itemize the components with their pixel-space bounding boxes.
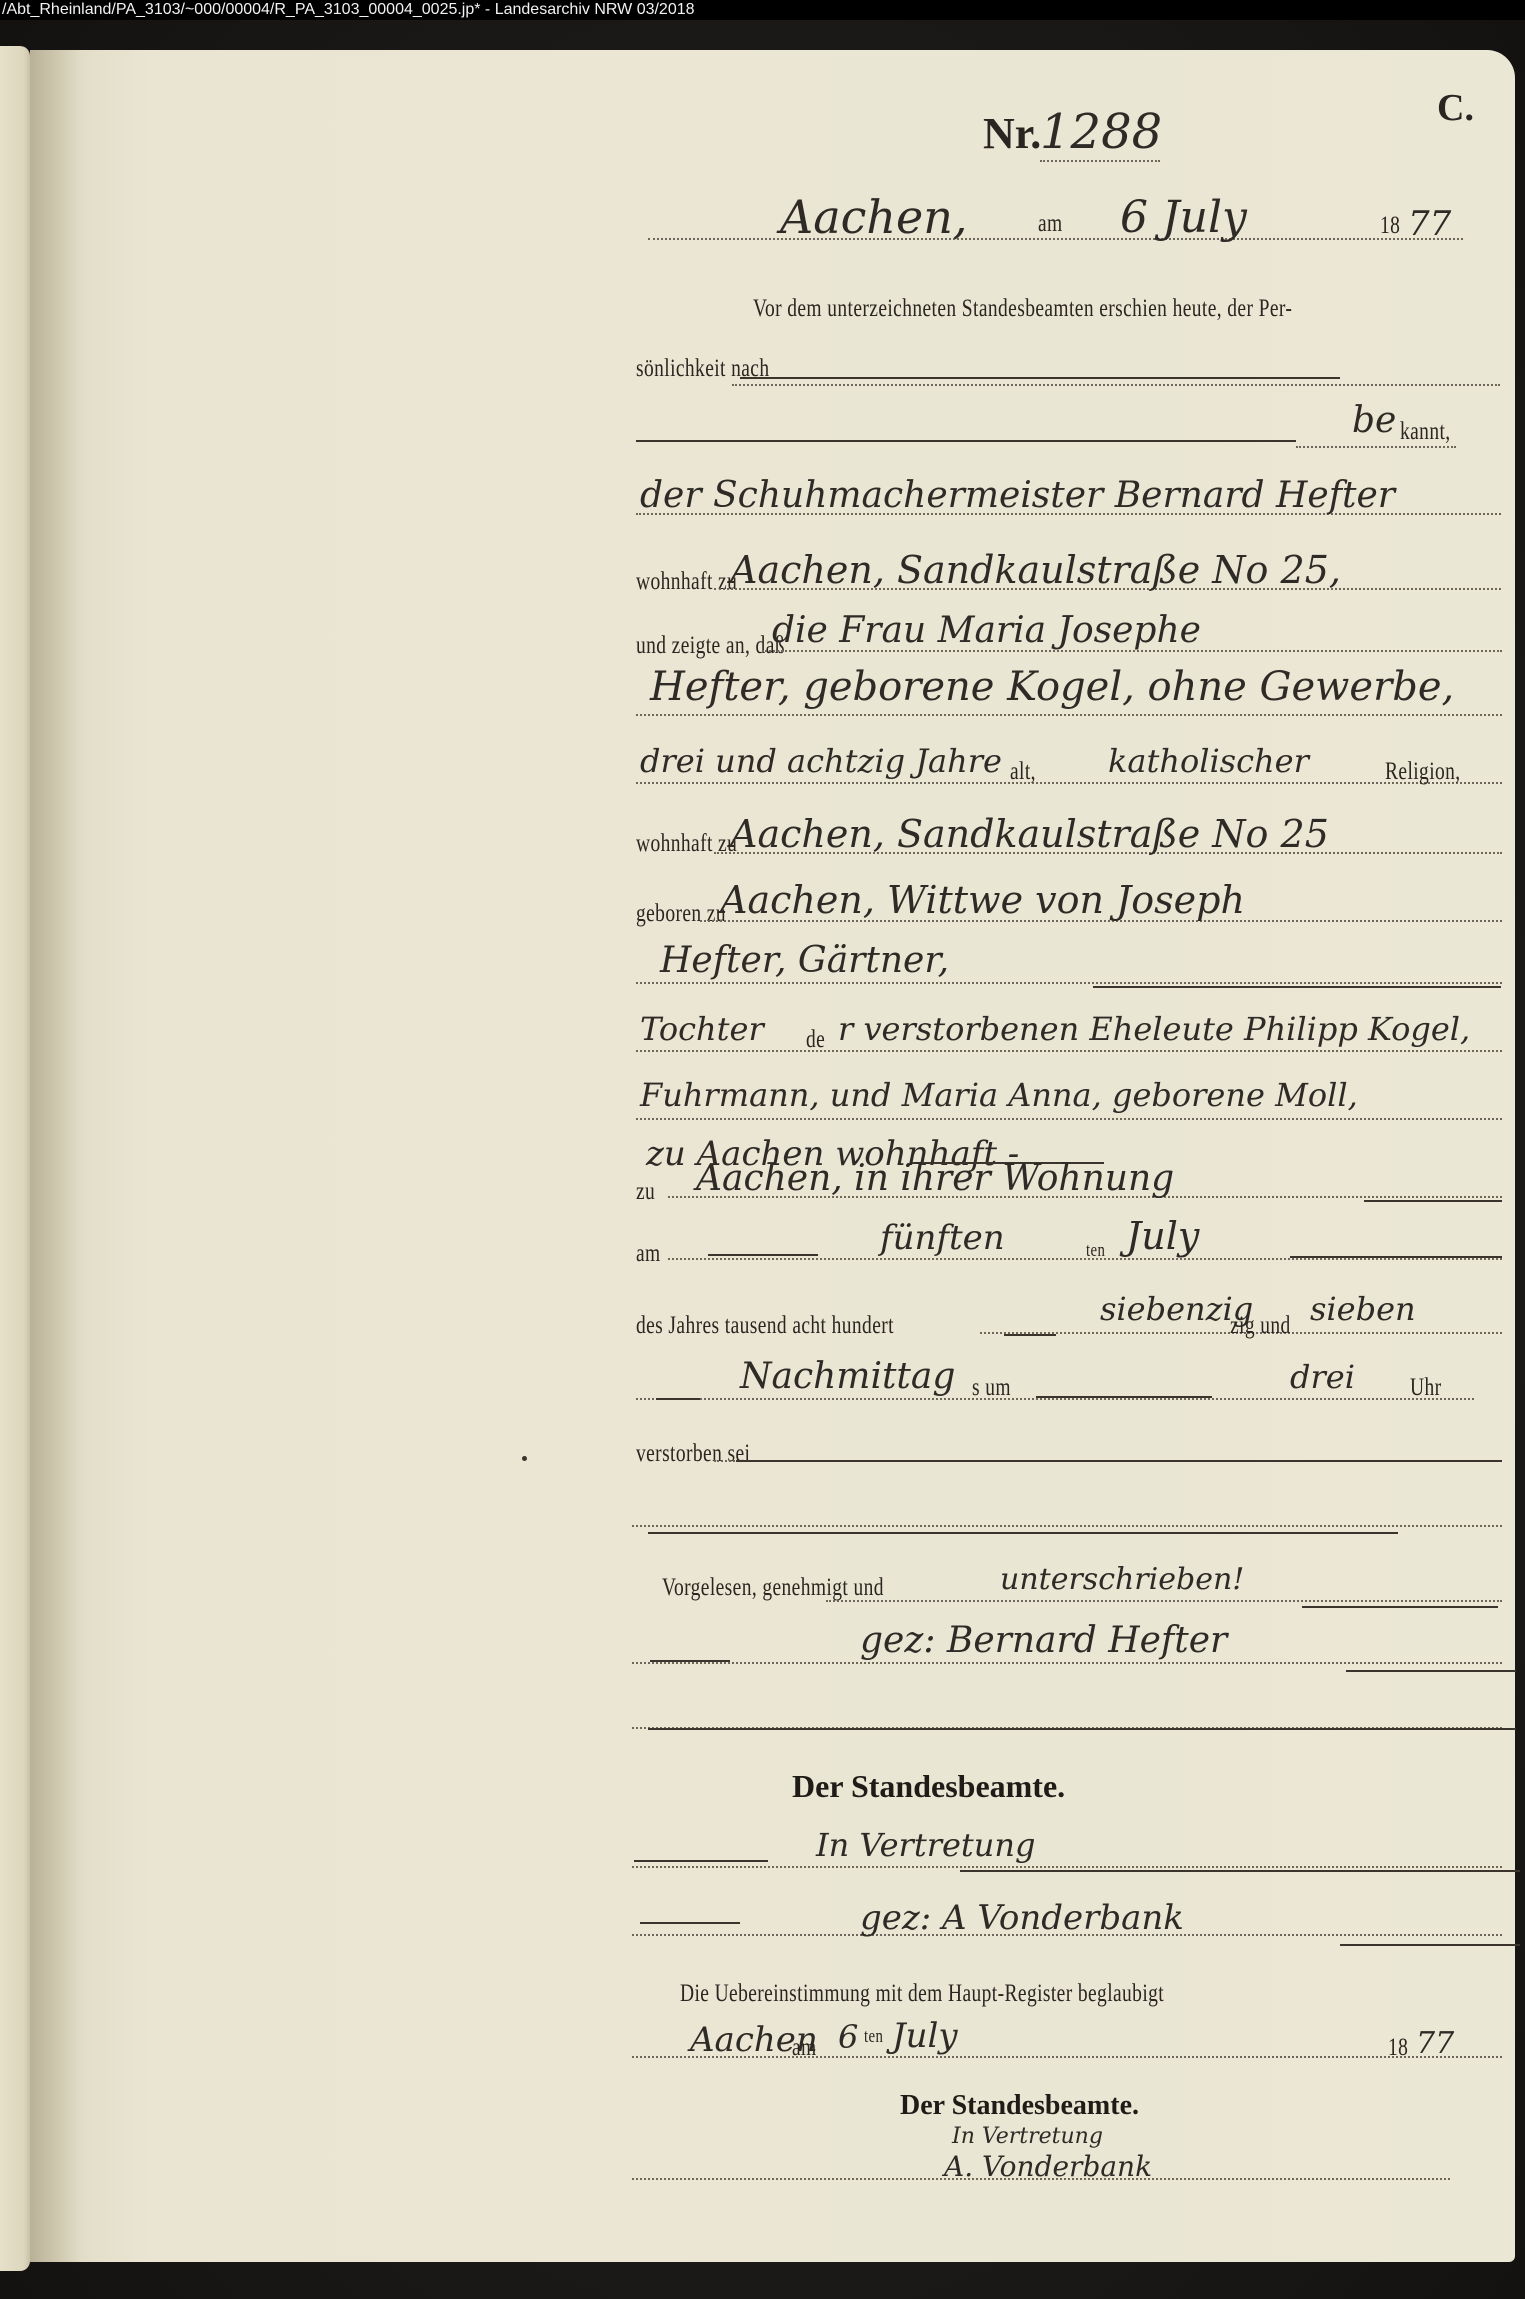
blank-rule xyxy=(648,1728,1516,1730)
born-place: Aachen, Wittwe von Joseph xyxy=(720,878,1245,922)
cert-registrar-heading: Der Standesbeamte. xyxy=(900,2090,1139,2122)
record-place: Aachen, xyxy=(780,190,968,244)
residence-label: wohnhaft zu xyxy=(636,568,737,596)
parents-hand1: Tochter xyxy=(640,1010,764,1048)
ten-label: ten xyxy=(1086,1240,1105,1262)
number-dotted-line xyxy=(1040,160,1160,162)
cert-am-label: am xyxy=(792,2034,817,2062)
deceased-line1: die Frau Maria Josephe xyxy=(772,610,1201,651)
death-record-form: C. Nr. 1288 Aachen, am 6 July 18 77 Vor … xyxy=(0,0,1525,2299)
record-number: 1288 xyxy=(1040,104,1162,160)
death-day-label: am xyxy=(636,1240,661,1268)
declared-label: und zeigte an, daß xyxy=(636,632,785,660)
blank-rule xyxy=(1036,1396,1212,1398)
death-place: Aachen, in ihrer Wohnung xyxy=(696,1158,1174,1199)
cert-month: July xyxy=(892,2016,958,2056)
cert-year-hand: 77 xyxy=(1416,2026,1454,2061)
uhr-label: Uhr xyxy=(1410,1374,1442,1402)
year-words-zig: zig und xyxy=(1230,1312,1291,1340)
dotted-line xyxy=(632,1662,1502,1664)
am-label: am xyxy=(1038,210,1063,238)
death-place-label: zu xyxy=(636,1178,655,1206)
blank-rule xyxy=(640,1922,740,1924)
cert-signature: A. Vonderbank xyxy=(944,2150,1152,2183)
blank-rule xyxy=(1302,1606,1498,1608)
religion-hand: katholischer xyxy=(1108,742,1309,780)
registrar-signature: gez: A Vonderbank xyxy=(860,1898,1184,1938)
death-month: July xyxy=(1126,1214,1199,1258)
time-s-label: s um xyxy=(972,1374,1011,1402)
informant-signature: gez: Bernard Hefter xyxy=(860,1620,1227,1661)
dotted-line xyxy=(668,1258,1502,1260)
blank-rule xyxy=(708,1254,818,1256)
age-label: alt, xyxy=(1010,758,1036,786)
year-words-hand2: sieben xyxy=(1310,1290,1416,1328)
cert-ten-label: ten xyxy=(864,2026,883,2048)
blank-rule xyxy=(740,377,1340,379)
year-printed: 18 xyxy=(1380,212,1400,240)
parents-line2: Fuhrmann, und Maria Anna, geborene Moll, xyxy=(640,1076,1358,1114)
blank-rule xyxy=(1346,1670,1516,1672)
place-date-dotted-line xyxy=(648,238,1463,240)
blank-rule xyxy=(636,440,1296,442)
dotted-line xyxy=(636,714,1502,716)
parents-hand2: r verstorbenen Eheleute Philipp Kogel, xyxy=(838,1010,1470,1048)
death-day: fünften xyxy=(880,1218,1005,1258)
dotted-line xyxy=(636,1398,1474,1400)
blank-rule xyxy=(648,1532,1398,1534)
year-handwritten: 77 xyxy=(1408,204,1451,244)
died-label: verstorben sei xyxy=(636,1440,750,1468)
dotted-line xyxy=(1296,446,1456,448)
cert-day: 6 xyxy=(838,2018,858,2056)
read-hand: unterschrieben! xyxy=(1000,1562,1244,1597)
registrar-heading: Der Standesbeamte. xyxy=(792,1768,1065,1805)
blank-rule xyxy=(1004,1334,1056,1336)
dotted-line xyxy=(636,1118,1502,1120)
dotted-line xyxy=(632,1866,1502,1868)
dotted-line xyxy=(632,1525,1502,1527)
born-label: geboren zu xyxy=(636,900,726,928)
dotted-line xyxy=(636,982,1502,984)
blank-rule xyxy=(736,1460,1502,1462)
deceased-line2: Hefter, geborene Kogel, ohne Gewerbe, xyxy=(650,664,1454,710)
blank-rule xyxy=(960,1870,1520,1872)
age-hand: drei und achtzig Jahre xyxy=(640,742,1002,780)
dotted-line xyxy=(826,1600,1502,1602)
blank-rule xyxy=(1340,1944,1520,1946)
blank-rule xyxy=(650,1660,730,1662)
cert-year-printed: 18 xyxy=(1388,2034,1408,2062)
dotted-line xyxy=(732,384,1500,386)
form-letter: C. xyxy=(1437,86,1474,130)
time-hand: Nachmittag xyxy=(740,1356,955,1397)
intro-text-line1: Vor dem unterzeichneten Standesbeamten e… xyxy=(753,295,1292,323)
blank-rule xyxy=(634,1860,768,1862)
cert-registrar-role: In Vertretung xyxy=(952,2124,1103,2149)
parents-print: de xyxy=(806,1026,825,1054)
informant-name: der Schuhmachermeister Bernard Hefter xyxy=(640,475,1395,516)
read-approved-label: Vorgelesen, genehmigt und xyxy=(662,1574,884,1602)
blank-rule xyxy=(1364,1200,1502,1202)
blank-rule xyxy=(1290,1256,1502,1258)
dotted-line xyxy=(636,1050,1502,1052)
record-number-label: Nr. xyxy=(983,108,1041,159)
certification-text: Die Uebereinstimmung mit dem Haupt-Regis… xyxy=(680,1980,1164,2008)
religion-label: Religion, xyxy=(1385,758,1461,786)
bekannt-print: kannt, xyxy=(1400,418,1451,446)
year-words-label: des Jahres tausend acht hundert xyxy=(636,1312,894,1340)
hour-hand: drei xyxy=(1290,1358,1355,1396)
record-date: 6 July xyxy=(1120,192,1247,243)
blank-rule xyxy=(656,1398,700,1400)
blank-rule xyxy=(1093,986,1501,988)
dotted-line xyxy=(636,782,1502,784)
registrar-role: In Vertretung xyxy=(816,1826,1035,1864)
informant-residence: Aachen, Sandkaulstraße No 25, xyxy=(730,548,1341,592)
spouse-line: Hefter, Gärtner, xyxy=(660,940,949,981)
deceased-residence: Aachen, Sandkaulstraße No 25 xyxy=(730,812,1329,856)
bekannt-hand: be xyxy=(1352,400,1396,441)
